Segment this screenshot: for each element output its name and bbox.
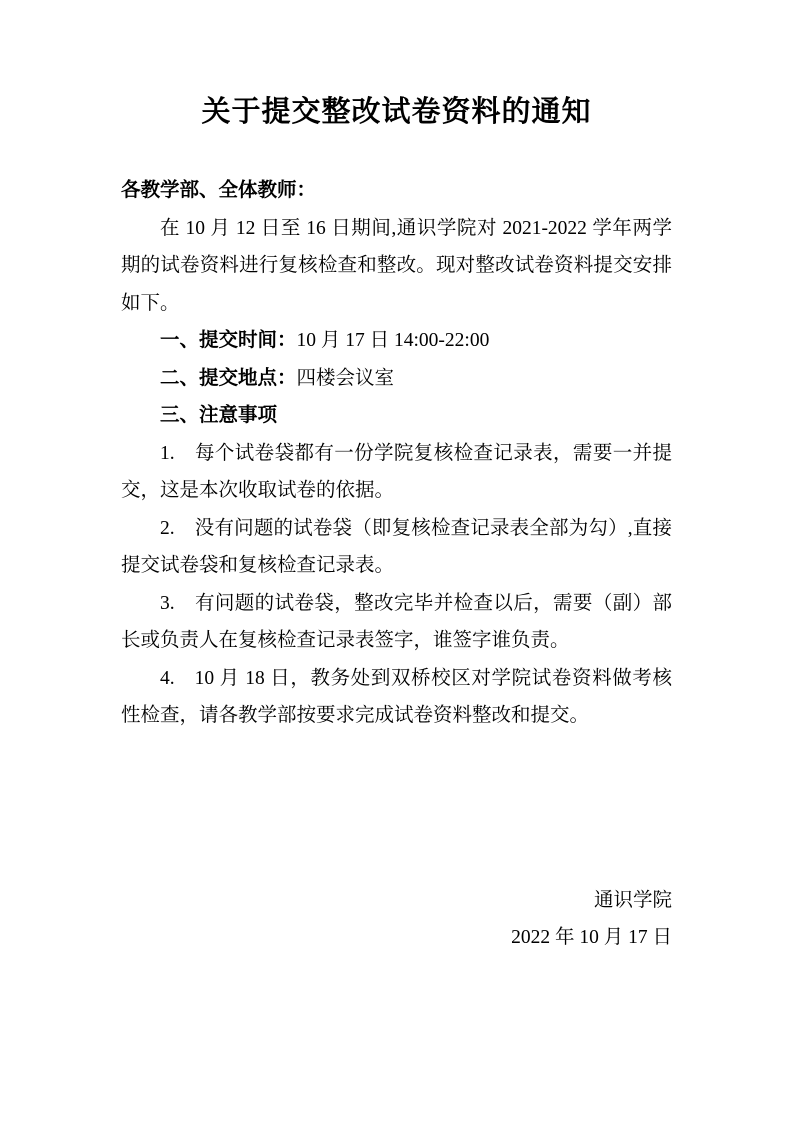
section-place-label: 二、提交地点： — [160, 367, 297, 389]
notice-page: 关于提交整改试卷资料的通知 各教学部、全体教师： 在 10 月 12 日至 16… — [0, 0, 793, 1122]
note-2-text: 没有问题的试卷袋（即复核检查记录表全部为勾）,直接提交试卷袋和复核检查记录表。 — [121, 518, 672, 577]
signature-org: 通识学院 — [121, 882, 672, 920]
section-notes-heading: 三、注意事项 — [121, 397, 672, 435]
section-time-value: 10 月 17 日 14:00-22:00 — [297, 330, 490, 351]
document-title: 关于提交整改试卷资料的通知 — [121, 88, 672, 136]
note-3-text: 有问题的试卷袋，整改完毕并检查以后，需要（副）部长或负责人在复核检查记录表签字，… — [121, 593, 672, 652]
note-2-number: 2. — [160, 518, 175, 539]
note-3-number: 3. — [160, 593, 175, 614]
salutation: 各教学部、全体教师： — [121, 172, 672, 210]
signature-block: 通识学院 2022 年 10 月 17 日 — [121, 882, 672, 957]
section-place-value: 四楼会议室 — [297, 368, 395, 389]
note-item-4: 4.10 月 18 日，教务处到双桥校区对学院试卷资料做考核性检查，请各教学部按… — [121, 660, 672, 735]
intro-paragraph: 在 10 月 12 日至 16 日期间,通识学院对 2021-2022 学年两学… — [121, 210, 672, 323]
section-time-label: 一、提交时间： — [160, 329, 297, 351]
note-item-1: 1.每个试卷袋都有一份学院复核检查记录表，需要一并提交，这是本次收取试卷的依据。 — [121, 435, 672, 510]
section-notes-label: 三、注意事项 — [160, 404, 277, 426]
note-item-3: 3.有问题的试卷袋，整改完毕并检查以后，需要（副）部长或负责人在复核检查记录表签… — [121, 585, 672, 660]
note-1-number: 1. — [160, 443, 175, 464]
note-item-2: 2.没有问题的试卷袋（即复核检查记录表全部为勾）,直接提交试卷袋和复核检查记录表… — [121, 510, 672, 585]
note-4-text: 10 月 18 日，教务处到双桥校区对学院试卷资料做考核性检查，请各教学部按要求… — [121, 668, 672, 727]
note-1-text: 每个试卷袋都有一份学院复核检查记录表，需要一并提交，这是本次收取试卷的依据。 — [121, 443, 672, 502]
section-place: 二、提交地点：四楼会议室 — [121, 360, 672, 398]
signature-date: 2022 年 10 月 17 日 — [121, 919, 672, 957]
section-time: 一、提交时间：10 月 17 日 14:00-22:00 — [121, 322, 672, 360]
note-4-number: 4. — [160, 668, 175, 689]
